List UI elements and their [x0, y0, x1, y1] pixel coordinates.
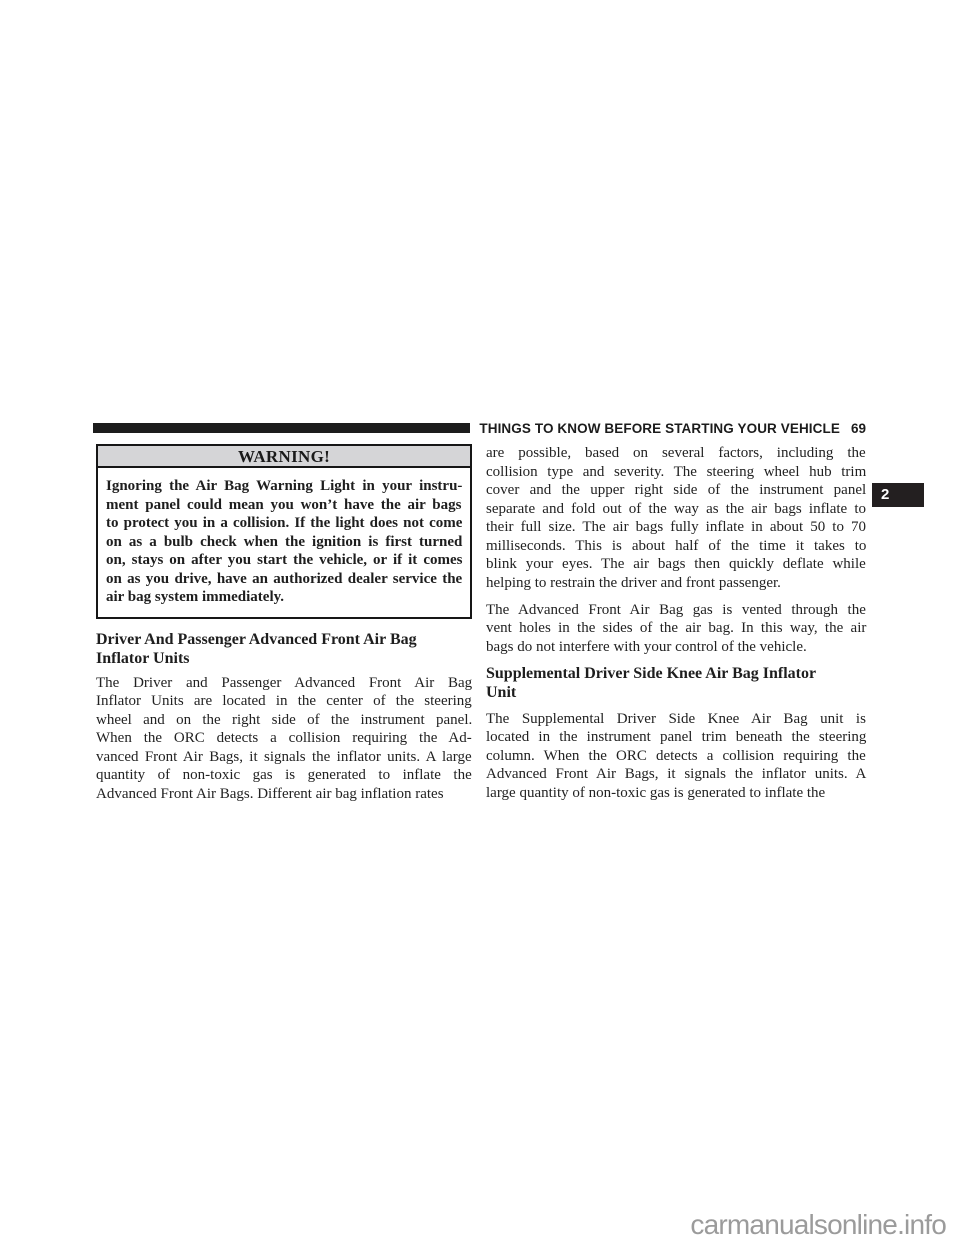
paragraph-airbag-inflation: are possible, based on several factors, … [486, 444, 866, 592]
paragraph-knee-airbag-inflator: The Supplemental Driver Side Knee Air Ba… [486, 710, 866, 803]
page-body: WARNING! Ignoring the Air Bag Warning Li… [96, 444, 866, 803]
running-header: THINGS TO KNOW BEFORE STARTING YOUR VEHI… [93, 419, 866, 437]
right-column: are possible, based on several factors, … [486, 444, 866, 803]
chapter-tab: 2 [872, 483, 924, 507]
chapter-title: THINGS TO KNOW BEFORE STARTING YOUR VEHI… [479, 421, 840, 436]
section-heading-knee-airbag-inflator: Supplemental Driver Side Knee Air Bag In… [486, 664, 866, 702]
header-rule-bar [93, 423, 470, 433]
warning-title: WARNING! [98, 446, 470, 468]
manual-page: THINGS TO KNOW BEFORE STARTING YOUR VEHI… [0, 0, 960, 1242]
section-heading-driver-passenger-inflator: Driver And Passenger Advanced Front Air … [96, 630, 472, 668]
paragraph-airbag-venting: The Advanced Front Air Bag gas is vented… [486, 601, 866, 657]
left-column: WARNING! Ignoring the Air Bag Warning Li… [96, 444, 472, 803]
warning-box: WARNING! Ignoring the Air Bag Warning Li… [96, 444, 472, 619]
watermark-text: carmanualsonline.info [690, 1210, 946, 1241]
paragraph-driver-passenger-inflator: The Driver and Passenger Advanced Front … [96, 674, 472, 804]
page-number: 69 [851, 421, 866, 436]
warning-body-text: Ignoring the Air Bag Warning Light in yo… [98, 468, 470, 617]
